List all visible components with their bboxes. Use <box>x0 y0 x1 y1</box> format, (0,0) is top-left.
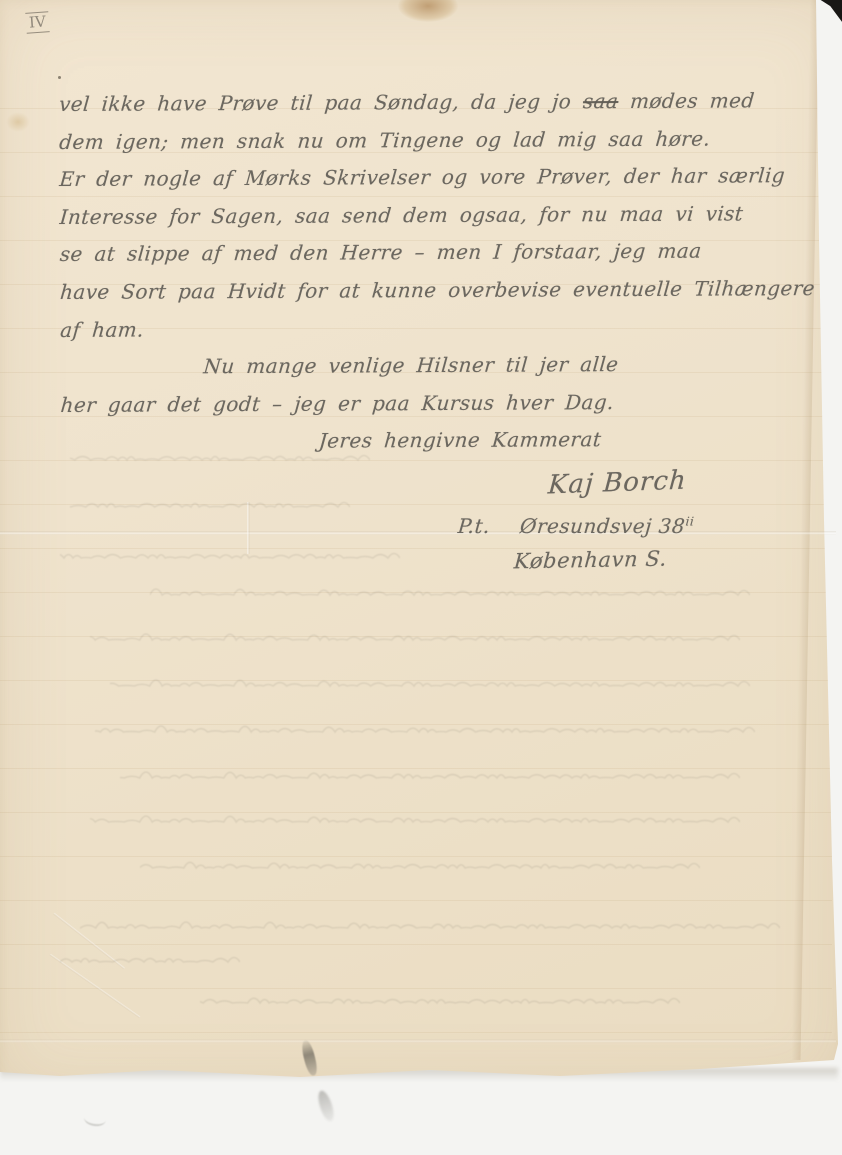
strikethrough-word: saa <box>582 89 619 113</box>
letter-text-segment: Nu mange venlige Hilsner til jer alle <box>203 352 620 378</box>
ghost-writing-row <box>200 993 680 1015</box>
scanned-letter-page: { "page": { "page_number": "IV" }, "lett… <box>0 0 842 1155</box>
ghost-writing-row <box>60 548 400 570</box>
ghost-writing-row <box>80 918 780 940</box>
ghost-writing-row <box>110 676 750 698</box>
letter-body: vel ikke have Prøve til paa Søndag, da j… <box>59 82 816 462</box>
address-line-2: København S. <box>513 547 668 574</box>
letter-line: Interesse for Sagen, saa send dem ogsaa,… <box>58 195 816 237</box>
letter-text-segment: se at slippe af med den Herre – men I fo… <box>59 239 703 266</box>
letter-text-segment: mødes med <box>617 88 755 113</box>
ghost-writing-row <box>140 858 700 880</box>
ghost-writing-row <box>95 722 755 744</box>
ghost-writing-row <box>70 497 350 519</box>
letter-line: Jeres hengivne Kammerat <box>317 420 817 460</box>
letter-text-segment: dem igen; men snak nu om Tingene og lad … <box>58 126 711 153</box>
letter-line: Er der nogle af Mørks Skrivelser og vore… <box>58 157 816 199</box>
letter-text-segment: have Sort paa Hvidt for at kunne overbev… <box>59 276 816 304</box>
letter-line: have Sort paa Hvidt for at kunne overbev… <box>59 270 817 312</box>
letter-line: her gaar det godt – jeg er paa Kursus hv… <box>59 383 817 425</box>
letter-text-segment: vel ikke have Prøve til paa Søndag, da j… <box>58 89 584 116</box>
stain-left-margin <box>6 112 30 132</box>
address-street: Øresundsvej 38 <box>519 514 686 538</box>
ghost-writing-row <box>60 952 240 974</box>
pencil-smudge-background <box>315 1089 336 1123</box>
fold-crease-bottom <box>0 1039 836 1043</box>
letter-line: vel ikke have Prøve til paa Søndag, da j… <box>58 82 816 124</box>
fold-crease <box>0 531 836 535</box>
letter-text-segment: Jeres hengivne Kammerat <box>318 427 602 452</box>
address-line-1: P.t.Øresundsvej 38ii <box>457 514 695 538</box>
letter-line: se at slippe af med den Herre – men I fo… <box>58 232 816 274</box>
page-number: IV <box>25 11 49 34</box>
ghost-writing-row <box>90 630 740 652</box>
letter-text-segment: af ham. <box>59 317 145 341</box>
scanner-corner-shadow <box>816 0 842 28</box>
pencil-mark-background <box>83 1111 107 1128</box>
ghost-writing-row <box>90 812 740 834</box>
address-prefix: P.t. <box>457 514 491 538</box>
letter-text-segment: her gaar det godt – jeg er paa Kursus hv… <box>60 390 615 417</box>
ghost-writing-row <box>150 585 750 607</box>
ink-speck <box>58 76 61 79</box>
signature-name: Kaj Borch <box>547 466 688 501</box>
letter-text-segment: Interesse for Sagen, saa send dem ogsaa,… <box>59 201 744 229</box>
address-floor: ii <box>685 514 695 528</box>
letter-text-segment: Er der nogle af Mørks Skrivelser og vore… <box>59 163 786 191</box>
ghost-writing-row <box>120 768 740 790</box>
letter-line: dem igen; men snak nu om Tingene og lad … <box>58 120 816 162</box>
letter-line: Nu mange venlige Hilsner til jer alle <box>202 345 817 386</box>
letter-line: af ham. <box>59 308 817 350</box>
